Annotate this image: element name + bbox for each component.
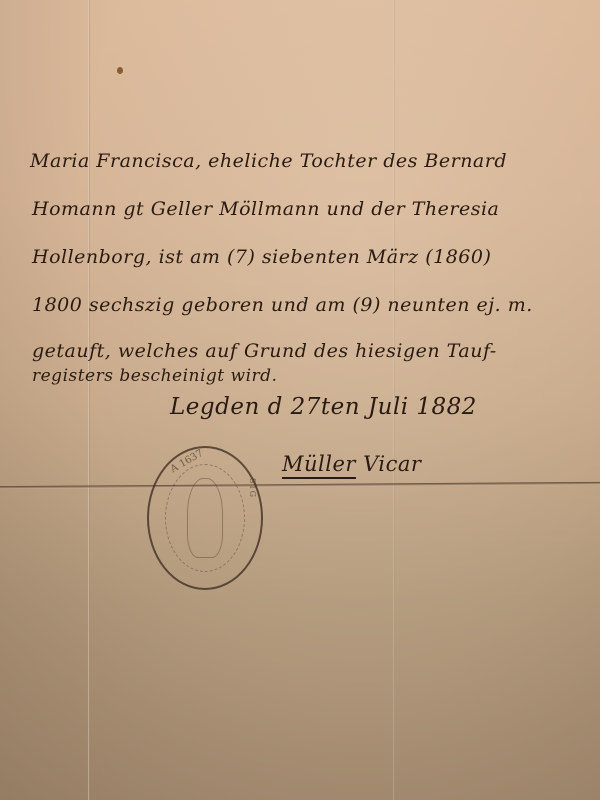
text-line-2: Homann gt Geller Möllmann und der Theres… xyxy=(32,198,499,220)
text-line-4: 1800 sechszig geboren und am (9) neunten… xyxy=(32,294,533,316)
stamp-figure-icon xyxy=(187,478,223,558)
stamp-text-right: SIG xyxy=(248,478,257,499)
place-date-line: Legden d 27ten Juli 1882 xyxy=(170,394,477,420)
signature: Müller Vicar xyxy=(282,452,421,476)
parish-seal-stamp: A 1637 SIG xyxy=(147,446,263,590)
signature-title: Vicar xyxy=(363,452,421,476)
ink-spot xyxy=(117,67,123,74)
vertical-fold-left xyxy=(88,0,90,800)
text-line-1: Maria Francisca, eheliche Tochter des Be… xyxy=(30,150,507,172)
signature-name: Müller xyxy=(282,452,356,476)
text-line-5: getauft, welches auf Grund des hiesigen … xyxy=(32,340,497,362)
horizontal-fold xyxy=(0,482,600,489)
text-line-6: registers bescheinigt wird. xyxy=(32,366,277,386)
text-line-3: Hollenborg, ist am (7) siebenten März (1… xyxy=(32,246,491,268)
